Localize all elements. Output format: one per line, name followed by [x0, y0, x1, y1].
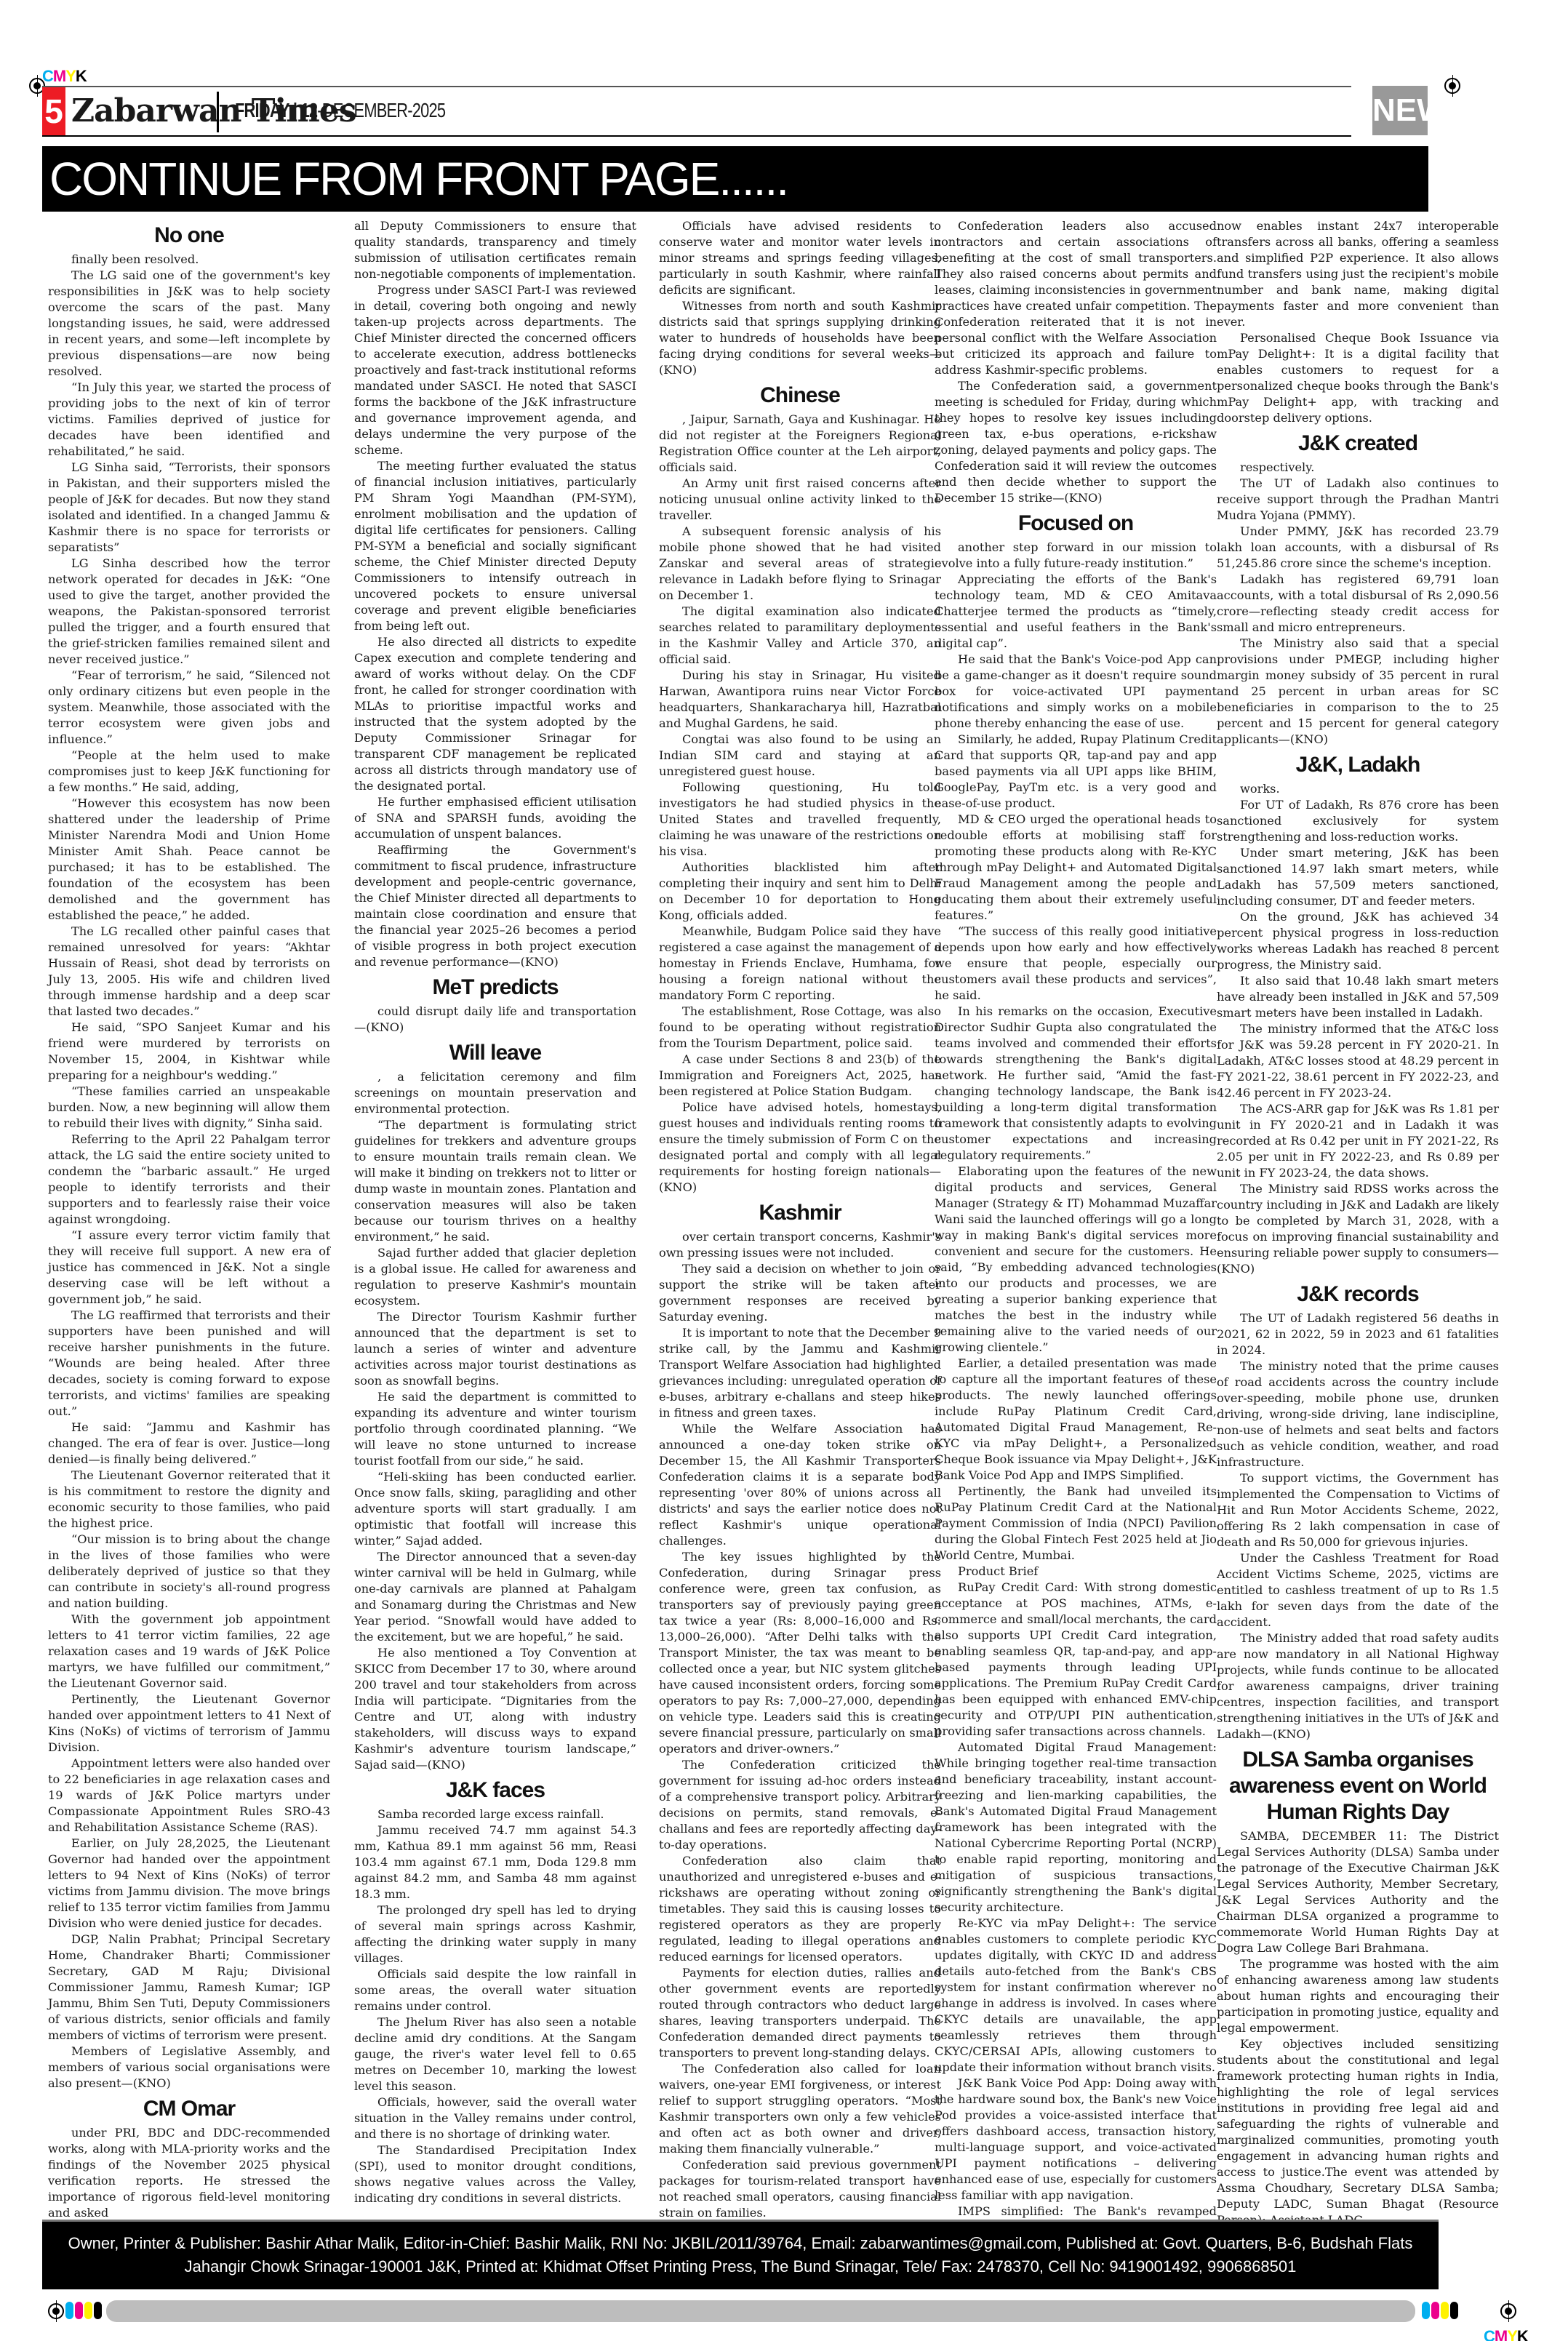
article-paragraph: The ministry informed that the AT&C loss… [1217, 1021, 1499, 1101]
article-paragraph: SAMBA, DECEMBER 11: The District Legal S… [1217, 1828, 1499, 1956]
article-paragraph: LG Sinha said, “Terrorists, their sponso… [48, 460, 330, 556]
article-paragraph: DGP, Nalin Prabhat; Principal Secretary … [48, 1932, 330, 2044]
article-paragraph: The Confederation also called for loan w… [659, 2061, 941, 2157]
article-headline: Kashmir [659, 1200, 941, 1226]
article-paragraph: Members of Legislative Assembly, and mem… [48, 2044, 330, 2092]
article-paragraph: Automated Digital Fraud Management: Whil… [935, 1740, 1217, 1916]
color-swatches-left [65, 2302, 103, 2322]
article-paragraph: , Jaipur, Sarnath, Gaya and Kushinagar. … [659, 412, 941, 476]
section-banner: CONTINUE FROM FRONT PAGE...... [42, 146, 1428, 212]
article-paragraph: Officials have advised residents to cons… [659, 218, 941, 298]
article-paragraph: He said, “SPO Sanjeet Kumar and his frie… [48, 1020, 330, 1084]
column-4: Confederation leaders also accused contr… [935, 218, 1217, 2236]
column-5: now enables instant 24x7 interoperable t… [1217, 218, 1499, 2228]
article-paragraph: They said a decision on whether to join … [659, 1261, 941, 1325]
article-paragraph: The ministry noted that the prime causes… [1217, 1358, 1499, 1470]
article-headline: DLSA Samba organises awareness event on … [1217, 1747, 1499, 1825]
imprint-line-1: Owner, Printer & Publisher: Bashir Athar… [42, 2232, 1439, 2255]
article-paragraph: It is important to note that the Decembe… [659, 1325, 941, 1421]
article-paragraph: The meeting further evaluated the status… [354, 458, 636, 634]
article-paragraph: The Ministry also said that a special pr… [1217, 636, 1499, 748]
article-headline: No one [48, 223, 330, 249]
article-headline: CM Omar [48, 2096, 330, 2122]
article-paragraph: Jammu received 74.7 mm against 54.3 mm, … [354, 1822, 636, 1902]
registration-mark-icon [1500, 2303, 1516, 2319]
article-paragraph: The Confederation said, a government mee… [935, 378, 1217, 506]
article-paragraph: He also directed all districts to expedi… [354, 634, 636, 794]
article-paragraph: Pertinently, the Lieutenant Governor han… [48, 1692, 330, 1756]
article-paragraph: To support victims, the Government has i… [1217, 1470, 1499, 1550]
article-paragraph: A case under Sections 8 and 23(b) of the… [659, 1052, 941, 1100]
article-paragraph: Earlier, a detailed presentation was mad… [935, 1356, 1217, 1484]
article-paragraph: The Ministry added that road safety audi… [1217, 1630, 1499, 1742]
imprint-footer: Owner, Printer & Publisher: Bashir Athar… [42, 2220, 1439, 2289]
dateline: FRIDAY | 12-DECEMBER-2025 [235, 99, 445, 122]
article-paragraph: The UT of Ladakh also continues to recei… [1217, 476, 1499, 524]
article-paragraph: The digital examination also indicated s… [659, 604, 941, 668]
article-paragraph: Similarly, he added, Rupay Platinum Cred… [935, 732, 1217, 812]
article-paragraph: Appointment letters were also handed ove… [48, 1756, 330, 1836]
article-headline: Chinese [659, 383, 941, 409]
page-number: 5 [42, 87, 65, 135]
article-paragraph: For UT of Ladakh, Rs 876 crore has been … [1217, 797, 1499, 845]
article-paragraph: Reaffirming the Government's commitment … [354, 842, 636, 970]
article-paragraph: In his remarks on the occasion, Executiv… [935, 1004, 1217, 1164]
article-paragraph: An Army unit first raised concerns after… [659, 476, 941, 524]
column-1: No onefinally been resolved.The LG said … [48, 218, 330, 2221]
registration-mark-icon [48, 2303, 64, 2319]
article-paragraph: Personalised Cheque Book Issuance via mP… [1217, 330, 1499, 426]
black-swatch [1450, 2302, 1458, 2319]
article-paragraph: It also said that 10.48 lakh smart meter… [1217, 973, 1499, 1021]
magenta-swatch [1431, 2302, 1439, 2319]
article-headline: J&K faces [354, 1777, 636, 1804]
article-paragraph: The establishment, Rose Cottage, was als… [659, 1004, 941, 1052]
article-paragraph: The ACS-ARR gap for J&K was Rs 1.81 per … [1217, 1101, 1499, 1181]
article-paragraph: works. [1217, 781, 1499, 797]
article-paragraph: He also mentioned a Toy Convention at SK… [354, 1645, 636, 1773]
article-paragraph: The Jhelum River has also seen a notable… [354, 2014, 636, 2094]
article-headline: MeT predicts [354, 975, 636, 1001]
article-paragraph: Confederation also claim that unauthoriz… [659, 1853, 941, 1965]
magenta-swatch [75, 2302, 83, 2319]
article-paragraph: Payments for election duties, rallies an… [659, 1965, 941, 2061]
article-paragraph: Referring to the April 22 Pahalgam terro… [48, 1132, 330, 1228]
cmyk-label-top: CMYK [42, 67, 87, 86]
article-paragraph: The LG recalled other painful cases that… [48, 924, 330, 1020]
article-paragraph: “These families carried an unspeakable b… [48, 1084, 330, 1132]
article-paragraph: Confederation said previous government p… [659, 2157, 941, 2221]
article-paragraph: He said: “Jammu and Kashmir has changed.… [48, 1420, 330, 1468]
article-paragraph: While the Welfare Association has announ… [659, 1421, 941, 1549]
article-paragraph: On the ground, J&K has achieved 34 perce… [1217, 909, 1499, 973]
article-paragraph: Under smart metering, J&K has been sanct… [1217, 845, 1499, 909]
yellow-swatch [1441, 2302, 1449, 2319]
registration-mark-icon [1444, 78, 1460, 94]
article-paragraph: Officials, however, said the overall wat… [354, 2094, 636, 2142]
article-paragraph: Progress under SASCI Part-I was reviewed… [354, 282, 636, 458]
article-headline: Focused on [935, 511, 1217, 537]
article-paragraph: over certain transport concerns, Kashmir… [659, 1229, 941, 1261]
masthead-divider [217, 92, 219, 132]
article-paragraph: The key issues highlighted by the Confed… [659, 1549, 941, 1757]
article-paragraph: respectively. [1217, 460, 1499, 476]
article-paragraph: Under the Cashless Treatment for Road Ac… [1217, 1550, 1499, 1630]
article-paragraph: The Ministry said RDSS works across the … [1217, 1181, 1499, 1277]
article-paragraph: “However this ecosystem has now been sha… [48, 796, 330, 924]
article-paragraph: Samba recorded large excess rainfall. [354, 1806, 636, 1822]
article-paragraph: Police have advised hotels, homestays, g… [659, 1100, 941, 1196]
article-paragraph: now enables instant 24x7 interoperable t… [1217, 218, 1499, 330]
article-paragraph: “The department is formulating strict gu… [354, 1117, 636, 1245]
article-paragraph: could disrupt daily life and transportat… [354, 1004, 636, 1036]
article-paragraph: He said that the Bank's Voice-pod App ca… [935, 652, 1217, 732]
article-paragraph: “Our mission is to bring about the chang… [48, 1532, 330, 1612]
article-headline: J&K records [1217, 1281, 1499, 1308]
article-paragraph: Confederation leaders also accused contr… [935, 218, 1217, 378]
article-paragraph: The Standardised Precipitation Index (SP… [354, 2142, 636, 2206]
section-tab-news: NEWS [1372, 86, 1428, 135]
article-paragraph: “The success of this really good initiat… [935, 924, 1217, 1004]
article-paragraph: Elaborating upon the features of the new… [935, 1164, 1217, 1356]
color-swatches-right [1422, 2302, 1460, 2322]
article-paragraph: “People at the helm used to make comprom… [48, 748, 330, 796]
masthead: 5 Zabarwan Times FRIDAY | 12-DECEMBER-20… [42, 86, 1351, 137]
article-paragraph: Product Brief [935, 1564, 1217, 1580]
article-paragraph: The UT of Ladakh registered 56 deaths in… [1217, 1310, 1499, 1358]
article-paragraph: Ladakh has registered 69,791 loan accoun… [1217, 572, 1499, 636]
article-paragraph: Appreciating the efforts of the Bank's t… [935, 572, 1217, 652]
imprint-line-2: Jahangir Chowk Srinagar-190001 J&K, Prin… [42, 2255, 1439, 2278]
article-paragraph: , a felicitation ceremony and film scree… [354, 1069, 636, 1117]
article-paragraph: “Fear of terrorism,” he said, “Silenced … [48, 668, 330, 748]
black-swatch [94, 2302, 102, 2319]
article-paragraph: Congtai was also found to be using an In… [659, 732, 941, 780]
article-paragraph: He said the department is committed to e… [354, 1389, 636, 1469]
cmyk-label-bottom: CMYK [1484, 2327, 1528, 2341]
article-paragraph: With the government job appointment lett… [48, 1612, 330, 1692]
article-paragraph: The Director announced that a seven-day … [354, 1549, 636, 1645]
article-paragraph: Pertinently, the Bank had unveiled its R… [935, 1484, 1217, 1564]
article-headline: J&K, Ladakh [1217, 752, 1499, 778]
cyan-swatch [1422, 2302, 1430, 2319]
article-paragraph: The LG reaffirmed that terrorists and th… [48, 1308, 330, 1420]
article-paragraph: under PRI, BDC and DDC-recommended works… [48, 2125, 330, 2221]
article-headline: Will leave [354, 1040, 636, 1066]
article-paragraph: The Director Tourism Kashmir further ann… [354, 1309, 636, 1389]
article-paragraph: another step forward in our mission to e… [935, 540, 1217, 572]
article-paragraph: Re-KYC via mPay Delight+: The service en… [935, 1916, 1217, 2076]
article-paragraph: “Heli-skiing has been conducted earlier.… [354, 1469, 636, 1549]
article-paragraph: Key objectives included sensitizing stud… [1217, 2036, 1499, 2228]
cyan-swatch [65, 2302, 73, 2319]
article-paragraph: Authorities blacklisted him after comple… [659, 860, 941, 924]
article-paragraph: Witnesses from north and south Kashmir d… [659, 298, 941, 378]
yellow-swatch [84, 2302, 92, 2319]
article-paragraph: finally been resolved. [48, 252, 330, 268]
article-paragraph: He further emphasised efficient utilisat… [354, 794, 636, 842]
article-paragraph: MD & CEO urged the operational heads to … [935, 812, 1217, 924]
article-paragraph: The Confederation criticized the governm… [659, 1757, 941, 1853]
article-paragraph: Meanwhile, Budgam Police said they have … [659, 924, 941, 1004]
article-paragraph: The programme was hosted with the aim of… [1217, 1956, 1499, 2036]
article-paragraph: A subsequent forensic analysis of his mo… [659, 524, 941, 604]
column-2: all Deputy Commissioners to ensure that … [354, 218, 636, 2206]
article-paragraph: During his stay in Srinagar, Hu visited … [659, 668, 941, 732]
article-paragraph: all Deputy Commissioners to ensure that … [354, 218, 636, 282]
article-headline: J&K created [1217, 431, 1499, 457]
article-paragraph: LG Sinha described how the terror networ… [48, 556, 330, 668]
article-paragraph: The prolonged dry spell has led to dryin… [354, 1902, 636, 1966]
article-paragraph: J&K Bank Voice Pod App: Doing away with … [935, 2076, 1217, 2204]
article-paragraph: Officials said despite the low rainfall … [354, 1966, 636, 2014]
article-paragraph: “I assure every terror victim family tha… [48, 1228, 330, 1308]
article-paragraph: Sajad further added that glacier depleti… [354, 1245, 636, 1309]
article-paragraph: Earlier, on July 28,2025, the Lieutenant… [48, 1836, 330, 1932]
article-paragraph: The LG said one of the government's key … [48, 268, 330, 380]
article-paragraph: Under PMMY, J&K has recorded 23.79 lakh … [1217, 524, 1499, 572]
article-paragraph: Following questioning, Hu told investiga… [659, 780, 941, 860]
article-paragraph: RuPay Credit Card: With strong domestic … [935, 1580, 1217, 1740]
article-paragraph: The Lieutenant Governor reiterated that … [48, 1468, 330, 1532]
column-3: Officials have advised residents to cons… [659, 218, 941, 2221]
gray-registration-bar [106, 2300, 1415, 2322]
article-paragraph: “In July this year, we started the proce… [48, 380, 330, 460]
